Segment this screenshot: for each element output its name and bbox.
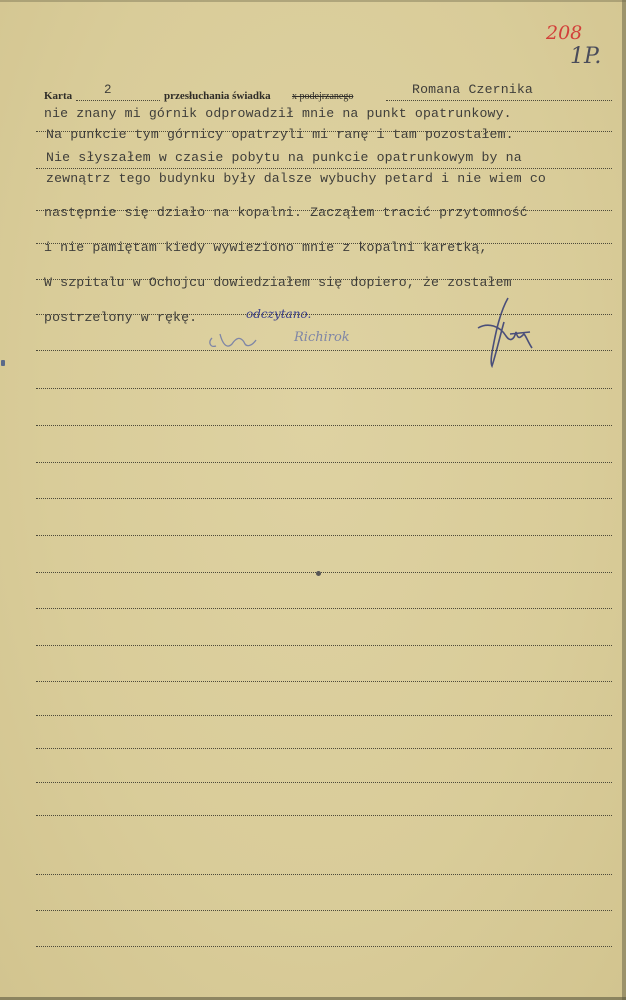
- ruled-line: [36, 645, 612, 646]
- ruled-line: [36, 874, 612, 875]
- ruled-line: [36, 425, 612, 426]
- officer-signature: Richirok: [294, 330, 350, 345]
- ruled-line: [36, 815, 612, 816]
- edge-mark: [1, 360, 5, 366]
- ruled-line: [36, 279, 612, 280]
- form-title: przesłuchania świadka: [164, 90, 271, 102]
- ruled-line: [36, 168, 612, 169]
- body-line-5: następnie się działo na kopalni. Zacząłe…: [44, 205, 528, 220]
- ruled-line: [36, 498, 612, 499]
- body-line-1: nie znany mi górnik odprowadził mnie na …: [44, 106, 512, 121]
- body-line-8: postrzelony w rękę.: [44, 310, 197, 325]
- page-edge-top: [0, 0, 626, 2]
- ruled-line: [36, 715, 612, 716]
- ruled-line: [36, 681, 612, 682]
- ruled-line: [36, 608, 612, 609]
- body-line-3: Nie słyszałem w czasie pobytu na punkcie…: [46, 150, 522, 165]
- ruled-line: [36, 314, 612, 315]
- ruled-line: [36, 572, 612, 573]
- karta-number: 2: [104, 83, 112, 97]
- page-edge-right: [622, 0, 626, 1000]
- ruled-line: [36, 748, 612, 749]
- ruled-line: [36, 388, 612, 389]
- ruled-line: [36, 910, 612, 911]
- karta-number-rule: [76, 100, 160, 101]
- folio-number: 1P.: [570, 44, 601, 69]
- ink-dot: [316, 571, 321, 576]
- body-line-4: zewnątrz tego budynku były dalsze wybuch…: [46, 171, 546, 186]
- subject-name: Romana Czernika: [412, 82, 533, 97]
- karta-label: Karta: [44, 90, 72, 102]
- document-page: 208 1P. Karta 2 przesłuchania świadka x …: [0, 0, 626, 1000]
- ruled-line: [36, 946, 612, 947]
- ruled-line: [36, 210, 612, 211]
- ruled-line: [36, 131, 612, 132]
- ruled-line: [36, 782, 612, 783]
- ruled-line: [36, 350, 612, 351]
- officer-initials-scribble: [206, 328, 276, 352]
- body-line-2: Na punkcie tym górnicy opatrzyli mi ranę…: [46, 127, 514, 142]
- body-line-7: W szpitalu w Ochojcu dowiedziałem się do…: [44, 275, 512, 290]
- ruled-line: [36, 462, 612, 463]
- ruled-line: [36, 535, 612, 536]
- ruled-line: [36, 243, 612, 244]
- subject-name-rule: [386, 100, 612, 101]
- struck-form-option: x podejrzanego: [292, 91, 353, 102]
- archive-page-number: 208: [546, 22, 582, 44]
- witness-signature: [470, 292, 560, 372]
